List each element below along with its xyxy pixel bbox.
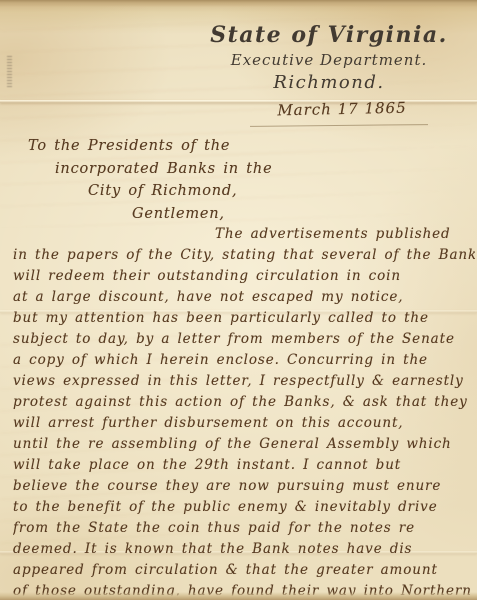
body-line: deemed. It is known that the Bank notes … xyxy=(13,539,475,560)
salutation-line: incorporated Banks in the xyxy=(55,158,272,181)
letter-body: The advertisements published in the pape… xyxy=(13,224,475,600)
body-line: in the papers of the City, stating that … xyxy=(13,245,475,266)
letterhead-city: Richmond. xyxy=(168,71,477,95)
body-line: subject to day, by a letter from members… xyxy=(13,329,475,350)
body-line: will arrest further disbursement on this… xyxy=(13,413,475,434)
date-line: March 17 1865 xyxy=(258,98,426,120)
body-line: to the benefit of the public enemy & ine… xyxy=(13,497,475,518)
body-line: a copy of which I herein enclose. Concur… xyxy=(13,350,475,371)
letterhead-department: Executive Department. xyxy=(168,50,477,71)
letterhead-state: State of Virginia. xyxy=(168,20,477,50)
body-line: appeared from circulation & that the gre… xyxy=(13,560,475,581)
page-top-edge xyxy=(0,0,477,7)
salutation-line: Gentlemen, xyxy=(132,203,272,226)
printer-imprint xyxy=(7,56,12,88)
body-line: views expressed in this letter, I respec… xyxy=(13,371,475,392)
body-line: at a large discount, have not escaped my… xyxy=(13,287,475,308)
body-line: will take place on the 29th instant. I c… xyxy=(13,455,475,476)
body-line: until the re assembling of the General A… xyxy=(13,434,475,455)
body-line: believe the course they are now pursuing… xyxy=(13,476,475,497)
body-line: but my attention has been particularly c… xyxy=(13,308,475,329)
letterhead: State of Virginia. Executive Department.… xyxy=(168,20,477,95)
letter-page: State of Virginia. Executive Department.… xyxy=(0,0,477,600)
salutation-line: To the Presidents of the xyxy=(28,135,272,158)
salutation: To the Presidents of the incorporated Ba… xyxy=(28,135,272,225)
body-line: will redeem their outstanding circulatio… xyxy=(13,266,475,287)
salutation-line: City of Richmond, xyxy=(88,180,272,203)
body-line: from the State the coin thus paid for th… xyxy=(13,518,475,539)
body-line: The advertisements published xyxy=(13,224,475,245)
body-line: protest against this action of the Banks… xyxy=(13,392,475,413)
page-bottom-edge xyxy=(0,592,477,600)
